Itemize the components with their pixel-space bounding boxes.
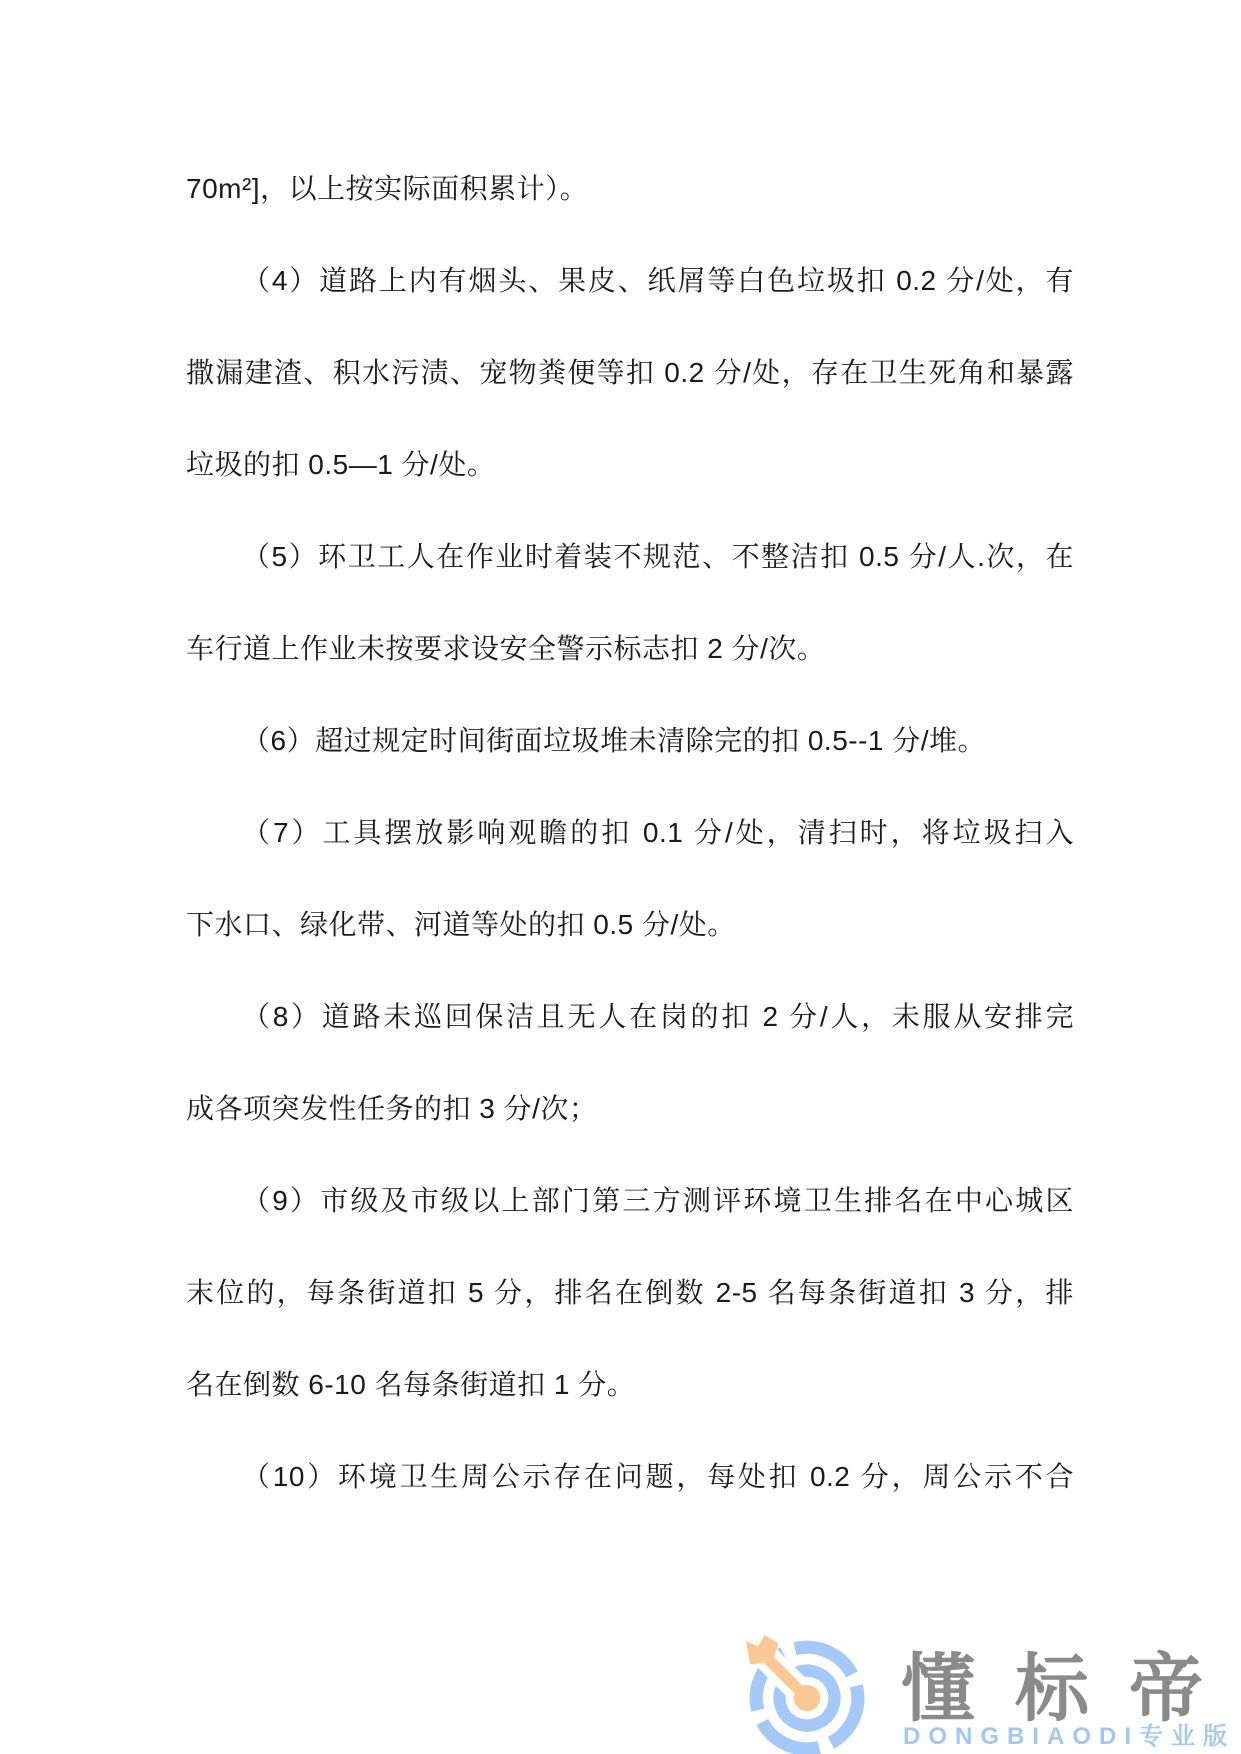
watermark-latin-name: DONGBIAODI	[903, 1723, 1139, 1750]
text-line: 70m²]，以上按实际面积累计）。	[186, 143, 1074, 235]
watermark-sub-text: DONGBIAODI专业版	[903, 1724, 1235, 1750]
text-line: （7）工具摆放影响观瞻的扣 0.1 分/处，清扫时，将垃圾扫入	[186, 787, 1074, 879]
text-line: （6）超过规定时间街面垃圾堆未清除完的扣 0.5--1 分/堆。	[186, 695, 1074, 787]
watermark-brand-text: 懂标帝	[901, 1652, 1231, 1726]
text-line: 成各项突发性任务的扣 3 分/次；	[186, 1063, 1074, 1155]
text-line: （8）道路未巡回保洁且无人在岗的扣 2 分/人，未服从安排完	[186, 971, 1074, 1063]
text-line: 末位的，每条街道扣 5 分，排名在倒数 2-5 名每条街道扣 3 分，排	[186, 1247, 1074, 1339]
document-text-block: 70m²]，以上按实际面积累计）。 （4）道路上内有烟头、果皮、纸屑等白色垃圾扣…	[186, 143, 1074, 1523]
watermark-edition-label: 专业版	[1139, 1723, 1235, 1750]
text-line: （9）市级及市级以上部门第三方测评环境卫生排名在中心城区	[186, 1155, 1074, 1247]
text-line: 名在倒数 6-10 名每条街道扣 1 分。	[186, 1339, 1074, 1431]
text-line: （10）环境卫生周公示存在问题，每处扣 0.2 分，周公示不合	[186, 1431, 1074, 1523]
text-line: 下水口、绿化带、河道等处的扣 0.5 分/处。	[186, 879, 1074, 971]
document-page: 70m²]，以上按实际面积累计）。 （4）道路上内有烟头、果皮、纸屑等白色垃圾扣…	[0, 0, 1241, 1754]
text-line: 车行道上作业未按要求设安全警示标志扣 2 分/次。	[186, 603, 1074, 695]
text-line: 撒漏建渣、积水污渍、宠物粪便等扣 0.2 分/处，存在卫生死角和暴露	[186, 327, 1074, 419]
text-line: （5）环卫工人在作业时着装不规范、不整洁扣 0.5 分/人.次，在	[186, 511, 1074, 603]
target-arrow-icon	[742, 1631, 868, 1754]
text-line: 垃圾的扣 0.5—1 分/处。	[186, 419, 1074, 511]
text-line: （4）道路上内有烟头、果皮、纸屑等白色垃圾扣 0.2 分/处，有	[186, 235, 1074, 327]
